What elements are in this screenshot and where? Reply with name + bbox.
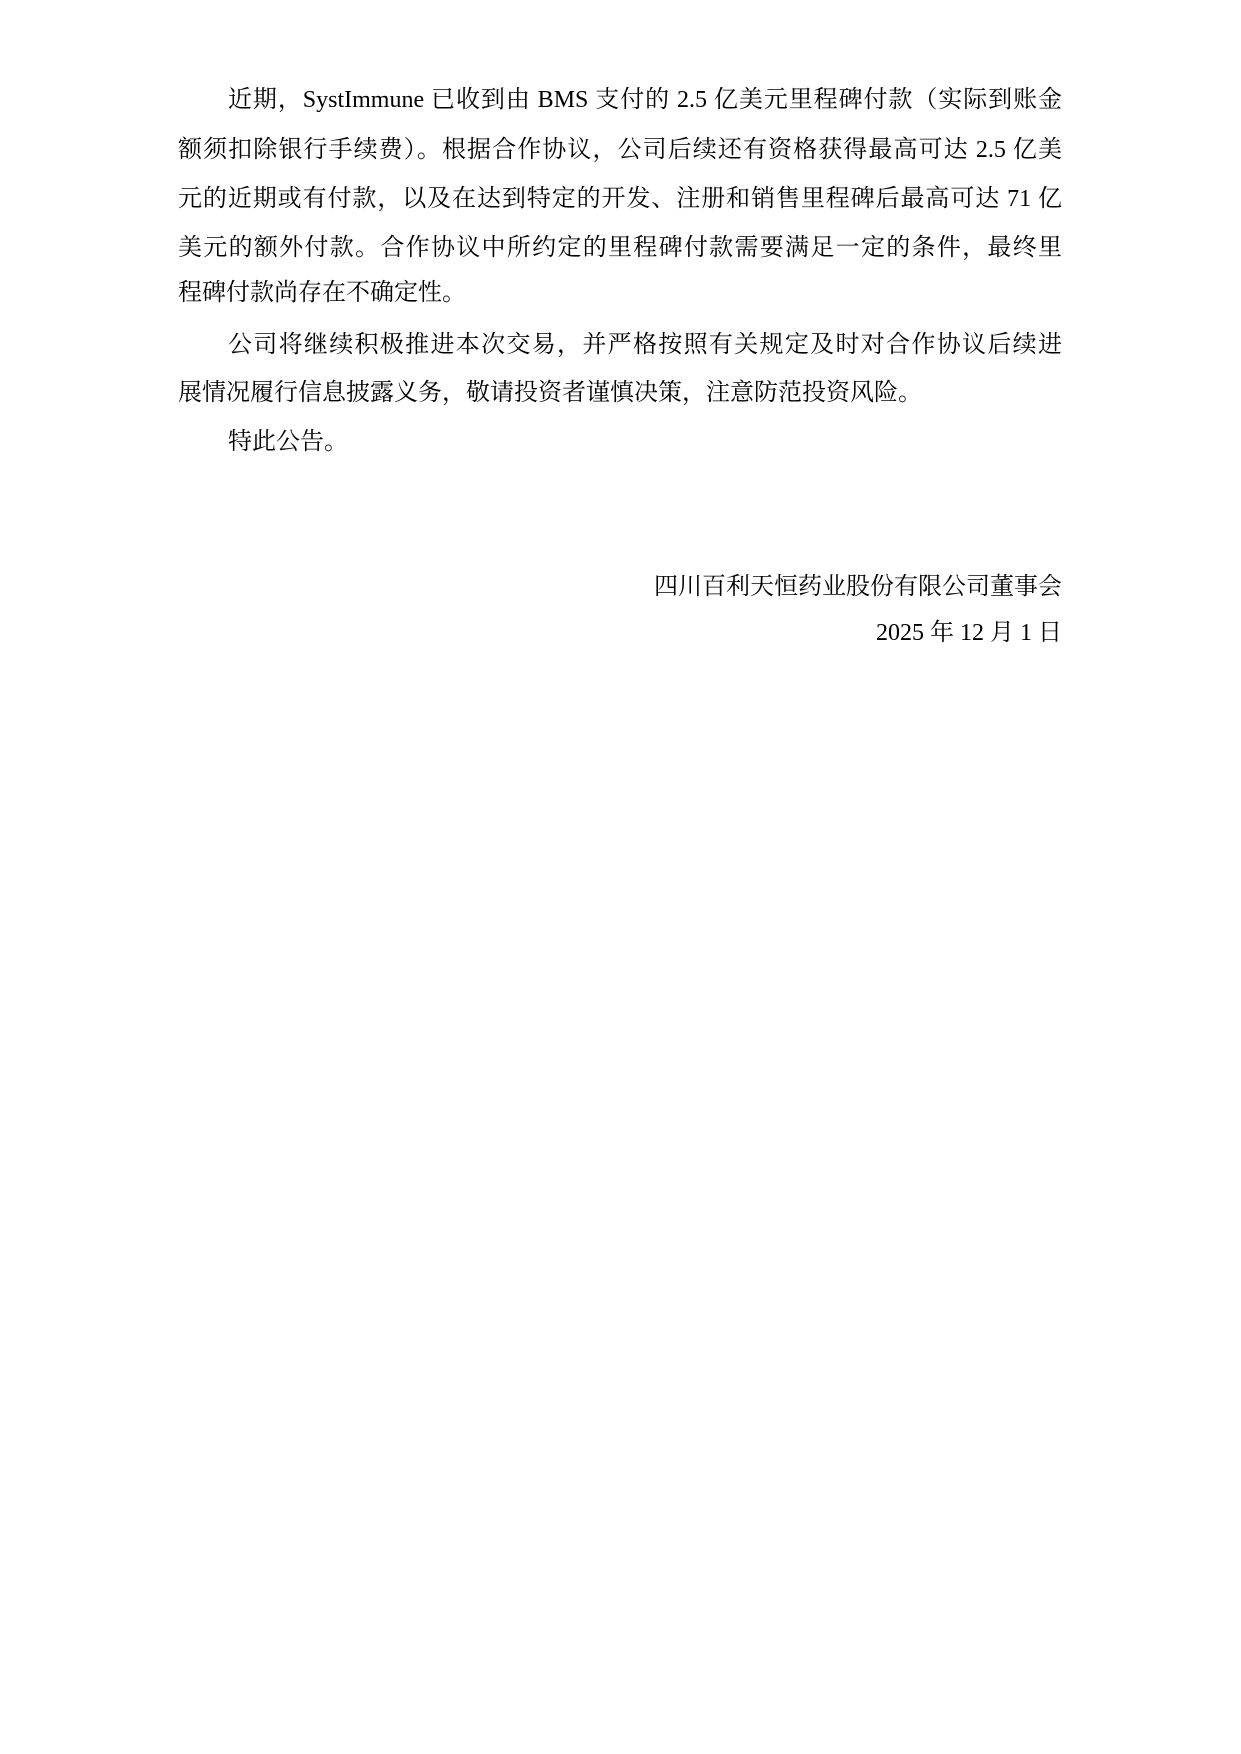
paragraph-line: 美元的额外付款。合作协议中所约定的里程碑付款需要满足一定的条件，最终里 [178,231,1062,265]
paragraph-line: 程碑付款尚存在不确定性。 [178,276,1062,310]
paragraph-line: 公司将继续积极推进本次交易，并严格按照有关规定及时对合作协议后续进 [228,328,1062,362]
paragraph-line: 展情况履行信息披露义务，敬请投资者谨慎决策，注意防范投资风险。 [178,376,1062,410]
announcement-date: 2025 年 12 月 1 日 [876,616,1062,650]
paragraph-line: 元的近期或有付款，以及在达到特定的开发、注册和销售里程碑后最高可达 71 亿 [178,182,1062,216]
paragraph-line: 额须扣除银行手续费）。根据合作协议，公司后续还有资格获得最高可达 2.5 亿美 [178,133,1062,167]
document-page: 近期，SystImmune 已收到由 BMS 支付的 2.5 亿美元里程碑付款（… [0,0,1241,1754]
paragraph-line: 近期，SystImmune 已收到由 BMS 支付的 2.5 亿美元里程碑付款（… [228,83,1062,117]
closing-statement: 特此公告。 [228,425,1062,459]
issuer-signature: 四川百利天恒药业股份有限公司董事会 [654,570,1062,604]
